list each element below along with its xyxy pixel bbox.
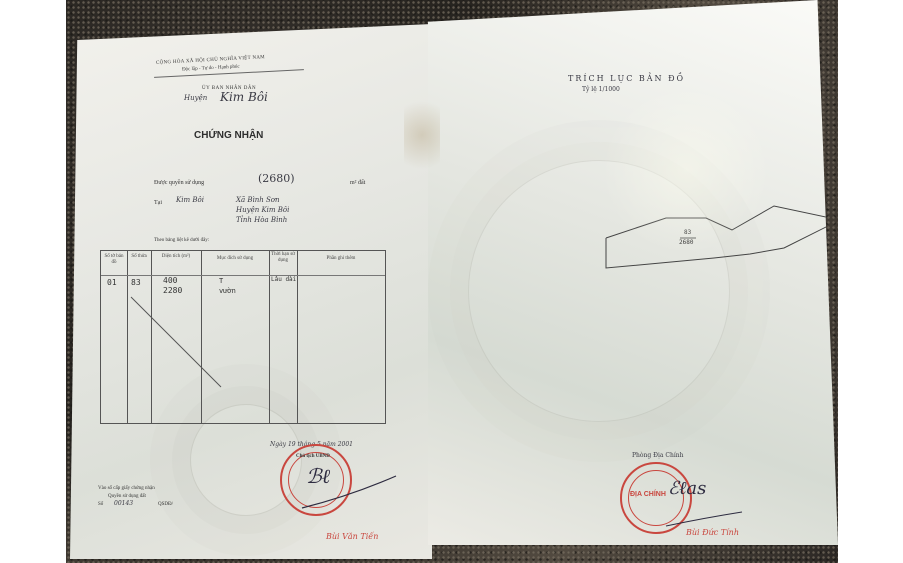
signer-name: Bùi Đức Tính — [686, 528, 739, 537]
parcel-number: 83 — [684, 229, 691, 236]
registry-line-2: Quyền sử dụng đất — [108, 494, 146, 499]
district-label: Huyện — [184, 94, 207, 102]
area-unit: m² đất — [350, 180, 365, 186]
use-right-label: Được quyền sử dụng — [154, 180, 204, 186]
cell-duration: Lâu dài — [271, 276, 296, 283]
certificate-title: CHỨNG NHẬN — [194, 130, 263, 141]
motto: Độc lập - Tự do - Hạnh phúc — [182, 64, 240, 72]
map-scale: Tỷ lệ 1/1000 — [582, 86, 620, 93]
registry-number: 00143 — [114, 500, 133, 507]
district-name: Kim Bôi — [220, 90, 268, 104]
at-label: Tại — [154, 200, 162, 206]
parcel-area: 2680 — [679, 239, 693, 246]
header-parcel-no: Số thửa — [128, 254, 150, 260]
table-intro: Theo bảng liệt kê dưới đây: — [154, 238, 209, 243]
cross-out-line — [127, 291, 227, 391]
header-duration: Thời hạn sử dụng — [270, 252, 296, 264]
department-label: Phòng Địa Chính — [632, 452, 683, 459]
north-arrow-icon — [830, 64, 838, 140]
map-title: TRÍCH LỤC BẢN ĐỒ — [568, 74, 685, 83]
header-divider — [154, 69, 304, 78]
map-extract-right-page: TRÍCH LỤC BẢN ĐỒ Tỷ lệ 1/1000 83 2680 Ph… — [428, 0, 838, 545]
stamp-text: ĐỊA CHÍNH — [630, 491, 666, 498]
document-photo: CỘNG HÒA XÃ HỘI CHỦ NGHĨA VIỆT NAM Độc l… — [66, 0, 838, 563]
signatory-title: Chủ tịch UBND — [296, 454, 330, 459]
area-value: (2680) — [258, 172, 295, 185]
address-line-1: Xã Bình Sơn — [236, 196, 280, 204]
registry-line-3: Số — [98, 502, 103, 507]
parcel-table: Số tờ bản đồ Số thửa Diện tích (m²) Mục … — [100, 250, 386, 424]
certificate-left-page: CỘNG HÒA XÃ HỘI CHỦ NGHĨA VIỆT NAM Độc l… — [70, 24, 432, 559]
land-office-signature: ℰℓas — [668, 478, 706, 499]
signature-stroke — [300, 472, 400, 512]
header-area: Diện tích (m²) — [152, 254, 200, 260]
signature-stroke-right — [664, 506, 744, 530]
cell-map-sheet: 01 — [107, 278, 117, 287]
parcel-shape — [604, 196, 838, 276]
signatory-name: Bùi Văn Tiến — [326, 532, 378, 541]
national-header: CỘNG HÒA XÃ HỘI CHỦ NGHĨA VIỆT NAM — [156, 55, 265, 66]
address-line-2: Huyện Kim Bôi — [236, 206, 289, 214]
cell-parcel-no: 83 — [131, 278, 141, 287]
header-map-sheet: Số tờ bản đồ — [102, 254, 126, 266]
address-line-3: Tỉnh Hòa Bình — [236, 216, 287, 224]
header-notes: Phần ghi thêm — [298, 256, 384, 262]
header-purpose: Mục đích sử dụng — [202, 256, 268, 262]
owner-handwritten: Kim Bôi — [176, 196, 204, 204]
registry-suffix: QSDĐ/ — [158, 502, 173, 507]
registry-line-1: Vào sổ cấp giấy chứng nhận — [98, 486, 155, 491]
